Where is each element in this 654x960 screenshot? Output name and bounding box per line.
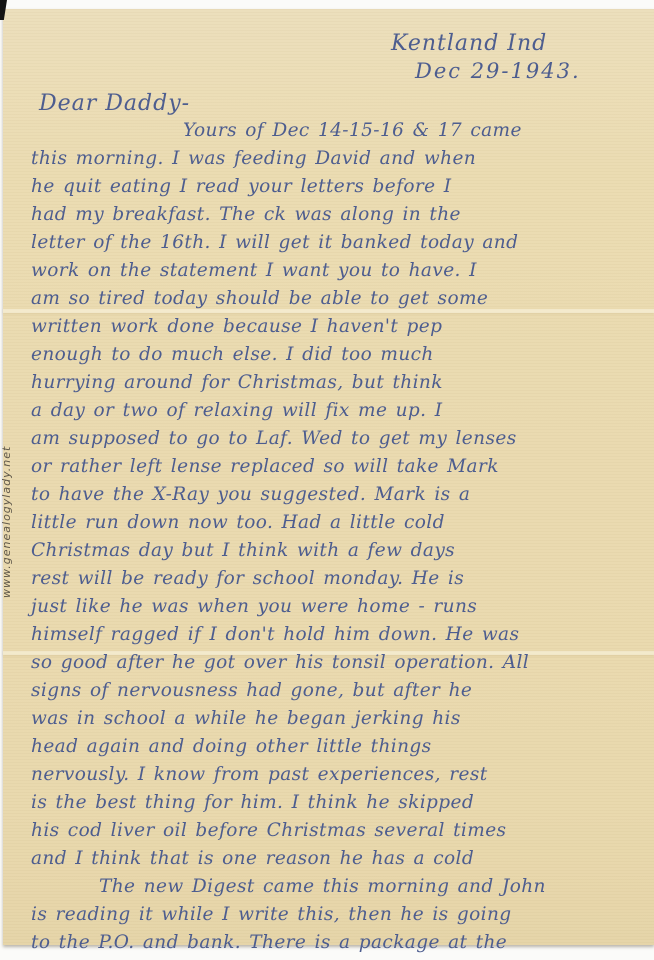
letter-line: written work done because I haven't pep	[31, 313, 641, 341]
letter-place: Kentland Ind	[391, 31, 547, 56]
letter-line: this morning. I was feeding David and wh…	[31, 145, 641, 173]
letter-line: so good after he got over his tonsil ope…	[31, 649, 641, 677]
letter-line: his cod liver oil before Christmas sever…	[31, 817, 641, 845]
letter-line: is the best thing for him. I think he sk…	[31, 789, 641, 817]
letter-line: he quit eating I read your letters befor…	[31, 173, 641, 201]
letter-date: Dec 29-1943.	[415, 59, 581, 83]
letter-line: head again and doing other little things	[31, 733, 641, 761]
letter-paper: Kentland Ind Dec 29-1943. Dear Daddy- Yo…	[3, 9, 654, 945]
letter-line: rest will be ready for school monday. He…	[31, 565, 641, 593]
letter-line: had my breakfast. The ck was along in th…	[31, 201, 641, 229]
letter-line: work on the statement I want you to have…	[31, 257, 641, 285]
letter-line: a day or two of relaxing will fix me up.…	[31, 397, 641, 425]
letter-line: The new Digest came this morning and Joh…	[31, 873, 641, 901]
letter-line: am so tired today should be able to get …	[31, 285, 641, 313]
genealogylady-watermark: www.genealogylady.net	[0, 378, 13, 598]
letter-body: Yours of Dec 14-15-16 & 17 came this mor…	[31, 117, 641, 957]
letter-line: letter of the 16th. I will get it banked…	[31, 229, 641, 257]
letter-line: was in school a while he began jerking h…	[31, 705, 641, 733]
letter-line: Yours of Dec 14-15-16 & 17 came	[31, 117, 641, 145]
letter-line: enough to do much else. I did too much	[31, 341, 641, 369]
letter-line: to the P.O. and bank. There is a package…	[31, 929, 641, 957]
letter-line: signs of nervousness had gone, but after…	[31, 677, 641, 705]
letter-line: and I think that is one reason he has a …	[31, 845, 641, 873]
letter-line: himself ragged if I don't hold him down.…	[31, 621, 641, 649]
letter-line: little run down now too. Had a little co…	[31, 509, 641, 537]
letter-line: nervously. I know from past experiences,…	[31, 761, 641, 789]
letter-line: am supposed to go to Laf. Wed to get my …	[31, 425, 641, 453]
letter-line: hurrying around for Christmas, but think	[31, 369, 641, 397]
letter-salutation: Dear Daddy-	[39, 91, 190, 116]
letter-scan: Kentland Ind Dec 29-1943. Dear Daddy- Yo…	[0, 0, 654, 960]
letter-line: Christmas day but I think with a few day…	[31, 537, 641, 565]
letter-line: or rather left lense replaced so will ta…	[31, 453, 641, 481]
letter-line: just like he was when you were home - ru…	[31, 593, 641, 621]
letter-line: is reading it while I write this, then h…	[31, 901, 641, 929]
letter-line: to have the X-Ray you suggested. Mark is…	[31, 481, 641, 509]
